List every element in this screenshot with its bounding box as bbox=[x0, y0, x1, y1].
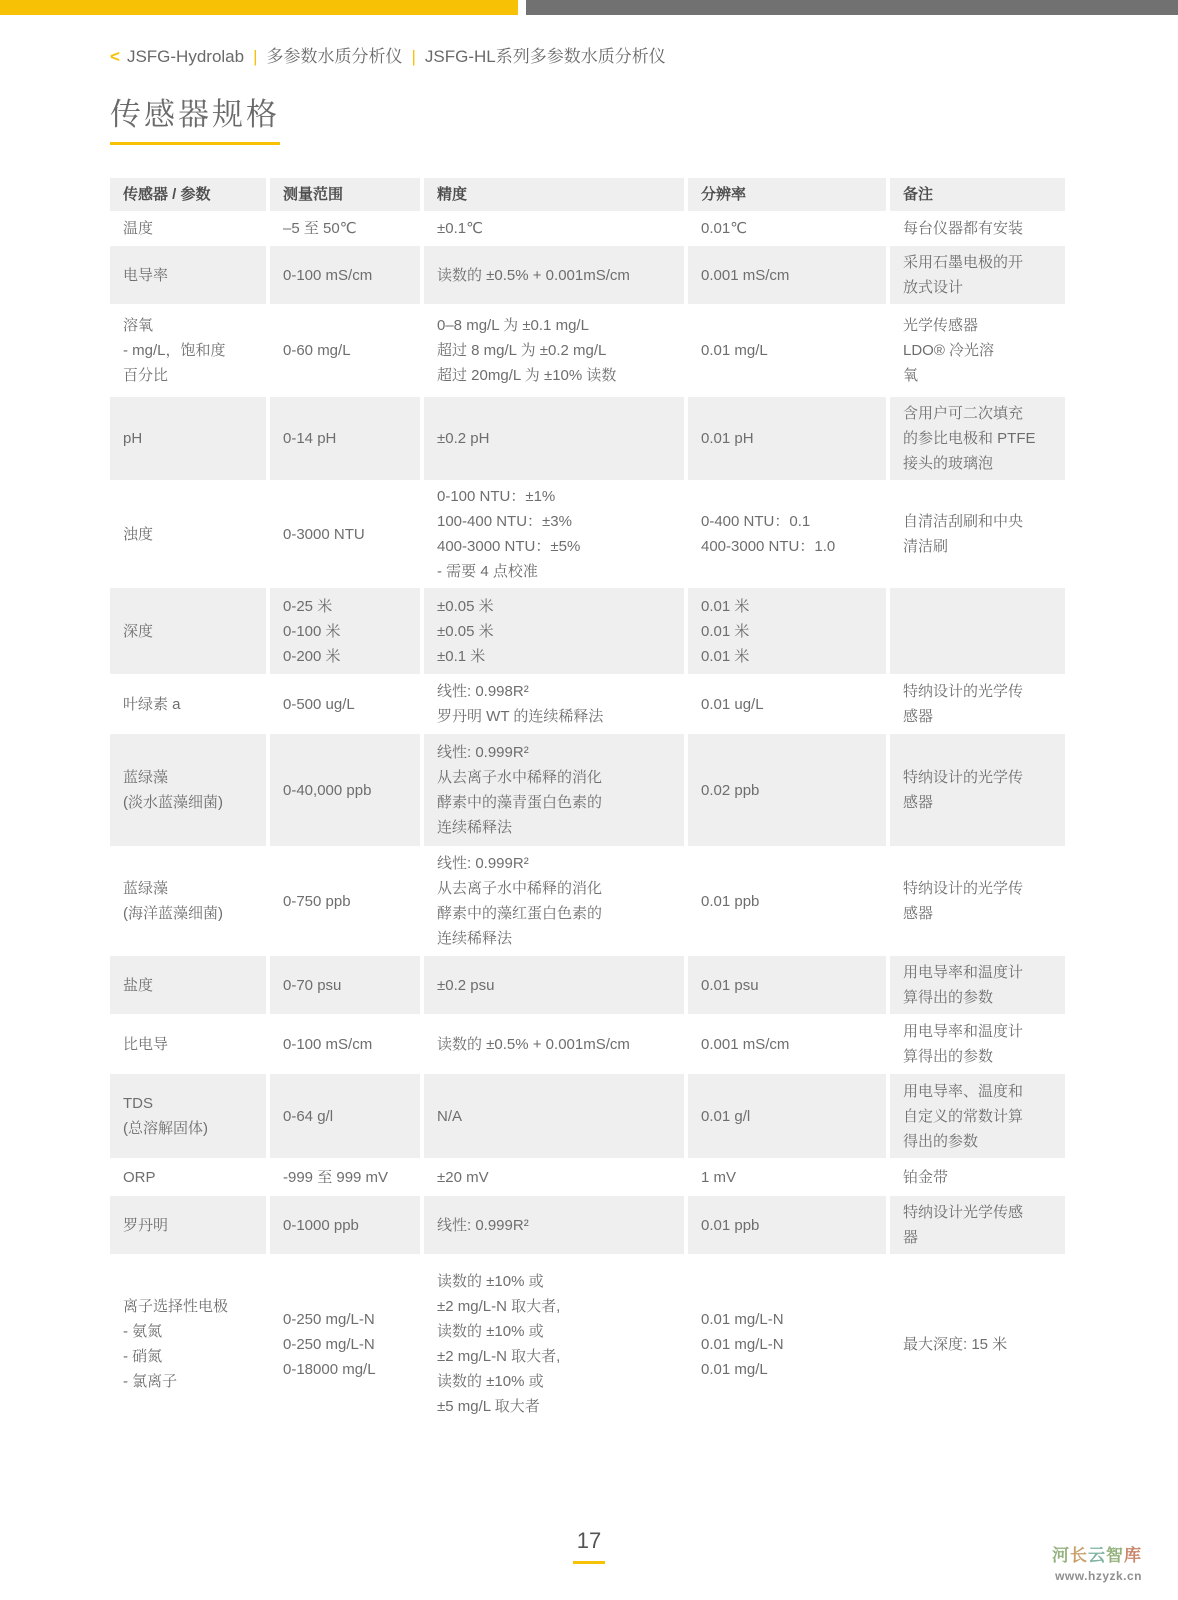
cell-range: 0-70 psu bbox=[270, 956, 420, 1014]
cell-resolution: 1 mV bbox=[688, 1158, 886, 1196]
section-title-wrap: 传感器规格 bbox=[110, 96, 280, 145]
cell-parameter: 离子选择性电极 - 氨氮 - 硝氮 - 氯离子 bbox=[110, 1254, 266, 1434]
cell-range: 0-60 mg/L bbox=[270, 304, 420, 397]
page-number: 17 bbox=[0, 1528, 1178, 1554]
table-row: 蓝绿藻 (海洋蓝藻细菌)0-750 ppb线性: 0.999R² 从去离子水中稀… bbox=[110, 846, 1065, 956]
watermark-char: 长 bbox=[1070, 1546, 1088, 1565]
table-row: TDS (总溶解固体)0-64 g/lN/A0.01 g/l用电导率、温度和 自… bbox=[110, 1074, 1065, 1158]
cell-note: 最大深度: 15 米 bbox=[890, 1254, 1065, 1434]
cell-accuracy: ±0.2 pH bbox=[424, 397, 684, 480]
cell-resolution: 0.01 g/l bbox=[688, 1074, 886, 1158]
cell-range: 0-750 ppb bbox=[270, 846, 420, 956]
cell-accuracy: 0-100 NTU：±1% 100-400 NTU：±3% 400-3000 N… bbox=[424, 480, 684, 588]
cell-accuracy: N/A bbox=[424, 1074, 684, 1158]
table-row: 叶绿素 a0-500 ug/L线性: 0.998R² 罗丹明 WT 的连续稀释法… bbox=[110, 674, 1065, 734]
cell-range: –5 至 50℃ bbox=[270, 211, 420, 246]
cell-accuracy: ±20 mV bbox=[424, 1158, 684, 1196]
watermark-char: 云 bbox=[1088, 1546, 1106, 1565]
table-row: 电导率0-100 mS/cm读数的 ±0.5% + 0.001mS/cm0.00… bbox=[110, 246, 1065, 304]
cell-range: -999 至 999 mV bbox=[270, 1158, 420, 1196]
cell-resolution: 0.01 ug/L bbox=[688, 674, 886, 734]
cell-note: 特纳设计的光学传 感器 bbox=[890, 674, 1065, 734]
page-title: 传感器规格 bbox=[110, 96, 280, 134]
cell-note: 光学传感器 LDO® 冷光溶 氧 bbox=[890, 304, 1065, 397]
cell-note: 特纳设计光学传感 器 bbox=[890, 1196, 1065, 1254]
cell-accuracy: 0–8 mg/L 为 ±0.1 mg/L 超过 8 mg/L 为 ±0.2 mg… bbox=[424, 304, 684, 397]
cell-resolution: 0.01 ppb bbox=[688, 1196, 886, 1254]
watermark-char: 库 bbox=[1124, 1546, 1142, 1565]
breadcrumb-separator: | bbox=[253, 47, 257, 66]
cell-parameter: pH bbox=[110, 397, 266, 480]
cell-accuracy: 线性: 0.998R² 罗丹明 WT 的连续稀释法 bbox=[424, 674, 684, 734]
cell-accuracy: 线性: 0.999R² 从去离子水中稀释的消化 酵素中的藻青蛋白色素的 连续稀释… bbox=[424, 734, 684, 846]
cell-note bbox=[890, 588, 1065, 674]
cell-accuracy: 读数的 ±10% 或 ±2 mg/L-N 取大者, 读数的 ±10% 或 ±2 … bbox=[424, 1254, 684, 1434]
cell-resolution: 0.01 ppb bbox=[688, 846, 886, 956]
cell-accuracy: ±0.05 米 ±0.05 米 ±0.1 米 bbox=[424, 588, 684, 674]
watermark-name: 河长云智库 bbox=[1052, 1546, 1142, 1566]
cell-note: 用电导率和温度计 算得出的参数 bbox=[890, 956, 1065, 1014]
cell-parameter: 比电导 bbox=[110, 1014, 266, 1074]
header-resolution: 分辨率 bbox=[688, 178, 886, 211]
breadcrumb: <JSFG-Hydrolab|多参数水质分析仪|JSFG-HL系列多参数水质分析… bbox=[110, 42, 666, 67]
cell-note: 每台仪器都有安装 bbox=[890, 211, 1065, 246]
cell-note: 特纳设计的光学传 感器 bbox=[890, 734, 1065, 846]
cell-resolution: 0.01 米 0.01 米 0.01 米 bbox=[688, 588, 886, 674]
breadcrumb-item-series[interactable]: JSFG-HL系列多参数水质分析仪 bbox=[425, 47, 666, 66]
cell-note: 含用户可二次填充 的参比电极和 PTFE 接头的玻璃泡 bbox=[890, 397, 1065, 480]
table-row: 比电导0-100 mS/cm读数的 ±0.5% + 0.001mS/cm0.00… bbox=[110, 1014, 1065, 1074]
cell-resolution: 0.01 pH bbox=[688, 397, 886, 480]
cell-parameter: TDS (总溶解固体) bbox=[110, 1074, 266, 1158]
breadcrumb-item-category[interactable]: 多参数水质分析仪 bbox=[267, 47, 403, 66]
cell-parameter: 罗丹明 bbox=[110, 1196, 266, 1254]
table-row: 离子选择性电极 - 氨氮 - 硝氮 - 氯离子0-250 mg/L-N 0-25… bbox=[110, 1254, 1065, 1434]
cell-parameter: 深度 bbox=[110, 588, 266, 674]
watermark-char: 智 bbox=[1106, 1546, 1124, 1565]
cell-range: 0-14 pH bbox=[270, 397, 420, 480]
cell-accuracy: 读数的 ±0.5% + 0.001mS/cm bbox=[424, 1014, 684, 1074]
cell-resolution: 0.001 mS/cm bbox=[688, 1014, 886, 1074]
table-row: pH0-14 pH±0.2 pH0.01 pH含用户可二次填充 的参比电极和 P… bbox=[110, 397, 1065, 480]
cell-range: 0-250 mg/L-N 0-250 mg/L-N 0-18000 mg/L bbox=[270, 1254, 420, 1434]
watermark-url: www.hzyzk.cn bbox=[1052, 1566, 1142, 1586]
breadcrumb-separator: | bbox=[412, 47, 416, 66]
table-header-row: 传感器 / 参数测量范围精度分辨率备注 bbox=[110, 178, 1065, 211]
cell-range: 0-1000 ppb bbox=[270, 1196, 420, 1254]
cell-accuracy: 线性: 0.999R² bbox=[424, 1196, 684, 1254]
cell-note: 用电导率和温度计 算得出的参数 bbox=[890, 1014, 1065, 1074]
cell-note: 采用石墨电极的开 放式设计 bbox=[890, 246, 1065, 304]
header-range: 测量范围 bbox=[270, 178, 420, 211]
cell-resolution: 0-400 NTU：0.1 400-3000 NTU：1.0 bbox=[688, 480, 886, 588]
cell-resolution: 0.01 psu bbox=[688, 956, 886, 1014]
top-bar-gray bbox=[526, 0, 1178, 15]
cell-accuracy: ±0.2 psu bbox=[424, 956, 684, 1014]
cell-range: 0-64 g/l bbox=[270, 1074, 420, 1158]
page-number-underline bbox=[573, 1561, 605, 1564]
table-row: ORP-999 至 999 mV±20 mV1 mV铂金带 bbox=[110, 1158, 1065, 1196]
table-row: 温度–5 至 50℃±0.1℃0.01℃每台仪器都有安装 bbox=[110, 211, 1065, 246]
cell-note: 铂金带 bbox=[890, 1158, 1065, 1196]
cell-resolution: 0.01℃ bbox=[688, 211, 886, 246]
cell-parameter: ORP bbox=[110, 1158, 266, 1196]
watermark: 河长云智库 www.hzyzk.cn bbox=[1052, 1546, 1142, 1586]
cell-parameter: 蓝绿藻 (海洋蓝藻细菌) bbox=[110, 846, 266, 956]
header-accuracy: 精度 bbox=[424, 178, 684, 211]
table-row: 浊度0-3000 NTU0-100 NTU：±1% 100-400 NTU：±3… bbox=[110, 480, 1065, 588]
cell-accuracy: 线性: 0.999R² 从去离子水中稀释的消化 酵素中的藻红蛋白色素的 连续稀释… bbox=[424, 846, 684, 956]
sensor-spec-table: 传感器 / 参数测量范围精度分辨率备注温度–5 至 50℃±0.1℃0.01℃每… bbox=[110, 178, 1065, 1434]
cell-note: 特纳设计的光学传 感器 bbox=[890, 846, 1065, 956]
cell-range: 0-25 米 0-100 米 0-200 米 bbox=[270, 588, 420, 674]
header-note: 备注 bbox=[890, 178, 1065, 211]
cell-parameter: 蓝绿藻 (淡水蓝藻细菌) bbox=[110, 734, 266, 846]
breadcrumb-item-product[interactable]: JSFG-Hydrolab bbox=[127, 47, 244, 66]
page-footer: 17 bbox=[0, 1528, 1178, 1564]
cell-resolution: 0.001 mS/cm bbox=[688, 246, 886, 304]
table-row: 罗丹明0-1000 ppb线性: 0.999R²0.01 ppb特纳设计光学传感… bbox=[110, 1196, 1065, 1254]
back-chevron-icon[interactable]: < bbox=[110, 47, 120, 66]
cell-range: 0-40,000 ppb bbox=[270, 734, 420, 846]
top-bar-yellow bbox=[0, 0, 518, 15]
cell-range: 0-500 ug/L bbox=[270, 674, 420, 734]
cell-parameter: 叶绿素 a bbox=[110, 674, 266, 734]
cell-note: 自清洁刮刷和中央 清洁刷 bbox=[890, 480, 1065, 588]
cell-accuracy: 读数的 ±0.5% + 0.001mS/cm bbox=[424, 246, 684, 304]
table-row: 溶氧 - mg/L，饱和度 百分比0-60 mg/L0–8 mg/L 为 ±0.… bbox=[110, 304, 1065, 397]
cell-range: 0-3000 NTU bbox=[270, 480, 420, 588]
watermark-char: 河 bbox=[1052, 1546, 1070, 1565]
table-row: 盐度0-70 psu±0.2 psu0.01 psu用电导率和温度计 算得出的参… bbox=[110, 956, 1065, 1014]
cell-parameter: 盐度 bbox=[110, 956, 266, 1014]
cell-resolution: 0.01 mg/L-N 0.01 mg/L-N 0.01 mg/L bbox=[688, 1254, 886, 1434]
title-underline bbox=[110, 142, 280, 145]
cell-range: 0-100 mS/cm bbox=[270, 1014, 420, 1074]
cell-parameter: 溶氧 - mg/L，饱和度 百分比 bbox=[110, 304, 266, 397]
cell-range: 0-100 mS/cm bbox=[270, 246, 420, 304]
cell-resolution: 0.01 mg/L bbox=[688, 304, 886, 397]
table-row: 蓝绿藻 (淡水蓝藻细菌)0-40,000 ppb线性: 0.999R² 从去离子… bbox=[110, 734, 1065, 846]
header-parameter: 传感器 / 参数 bbox=[110, 178, 266, 211]
cell-accuracy: ±0.1℃ bbox=[424, 211, 684, 246]
cell-parameter: 浊度 bbox=[110, 480, 266, 588]
table-row: 深度0-25 米 0-100 米 0-200 米±0.05 米 ±0.05 米 … bbox=[110, 588, 1065, 674]
cell-resolution: 0.02 ppb bbox=[688, 734, 886, 846]
cell-parameter: 电导率 bbox=[110, 246, 266, 304]
cell-note: 用电导率、温度和 自定义的常数计算 得出的参数 bbox=[890, 1074, 1065, 1158]
cell-parameter: 温度 bbox=[110, 211, 266, 246]
